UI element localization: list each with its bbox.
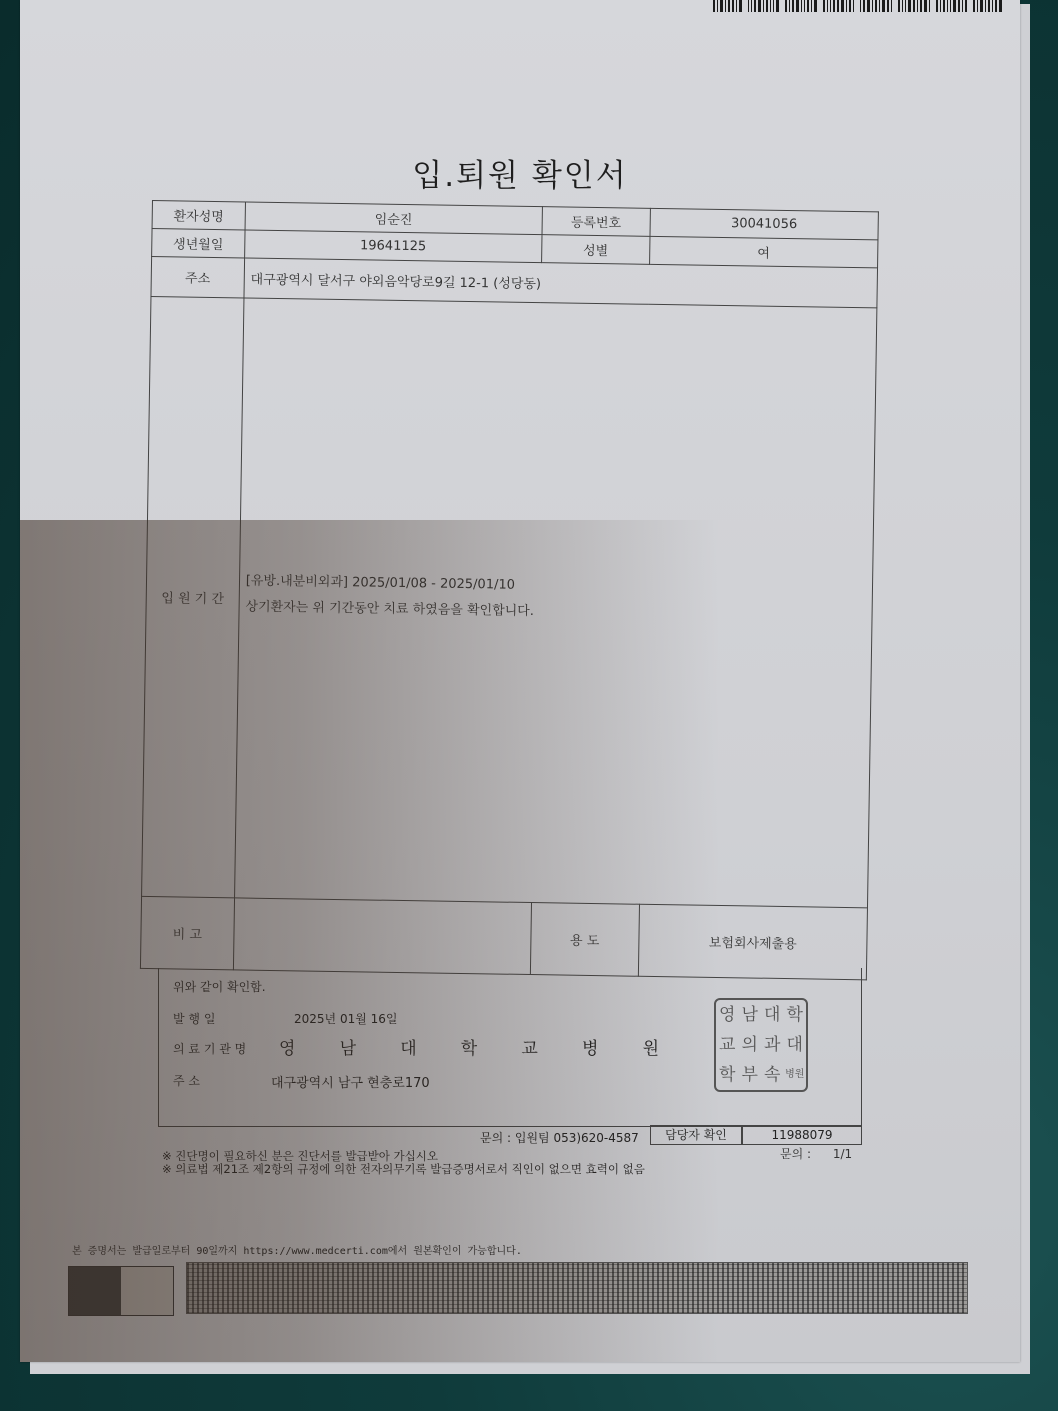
institution-address: 대구광역시 남구 현충로170 <box>271 1072 430 1091</box>
admission-period-cell: [유방.내분비외과] 2025/01/08 - 2025/01/10 상기환자는… <box>234 298 877 908</box>
remarks-value <box>233 898 531 975</box>
footnotes: ※ 진단명이 필요하신 분은 진단서를 발급받아 가십시오 ※ 의료법 제21조… <box>162 1150 645 1176</box>
staff-id: 11988079 <box>742 1125 862 1145</box>
institution-name-char: 영 <box>279 1034 295 1059</box>
seal-char: 과 <box>761 1037 784 1054</box>
institution-address-label: 주 소 <box>173 1072 200 1089</box>
remarks-label: 비 고 <box>140 896 234 969</box>
hospital-seal-stamp: 영남대학교의과대학부속병원 <box>714 998 808 1092</box>
footnote-2: ※ 의료법 제21조 제2항의 규정에 의한 전자의무기록 발급증명서로서 직인… <box>162 1163 645 1176</box>
issue-date: 2025년 01월 16일 <box>294 1010 397 1027</box>
patient-name-label: 환자성명 <box>152 201 245 230</box>
seal-char: 대 <box>761 1007 784 1024</box>
registration-number-label: 등록번호 <box>542 207 650 237</box>
confirm-text: 위와 같이 확인함. <box>173 978 266 995</box>
issuer-section: 위와 같이 확인함. 발 행 일 2025년 01월 16일 의 료 기 관 명… <box>158 968 862 1127</box>
page-count: 1/1 <box>833 1147 852 1161</box>
address-label: 주소 <box>151 257 244 298</box>
barcode-top <box>713 0 1002 14</box>
institution-name-char: 남 <box>340 1034 356 1059</box>
verification-marker <box>68 1266 174 1316</box>
institution-name-char: 대 <box>400 1034 416 1059</box>
purpose-label: 용 도 <box>530 903 639 977</box>
sex-value: 여 <box>649 236 878 268</box>
institution-name: 영남대학교병원 <box>279 1034 659 1059</box>
inquiry-phone: 문의 : 입원팀 053)620-4587 <box>480 1129 639 1146</box>
staff-confirm-label: 담당자 확인 <box>650 1125 742 1145</box>
institution-name-char: 교 <box>521 1034 537 1059</box>
admission-period-label: 입 원 기 간 <box>142 296 244 897</box>
seal-char: 병원 <box>784 1070 807 1080</box>
registration-number: 30041056 <box>650 208 879 240</box>
document-title: 입.퇴원 확인서 <box>20 150 1020 195</box>
certificate-page: 입.퇴원 확인서 환자성명 임순진 등록번호 30041056 생년월일 196… <box>20 0 1020 1362</box>
verification-note: 본 증명서는 발급일로부터 90일까지 https://www.medcerti… <box>72 1242 522 1257</box>
institution-label: 의 료 기 관 명 <box>173 1040 246 1057</box>
institution-name-char: 병 <box>582 1034 598 1059</box>
issue-date-label: 발 행 일 <box>173 1010 215 1027</box>
verification-2d-code <box>186 1262 968 1314</box>
birth-date-label: 생년월일 <box>152 229 245 258</box>
sex-label: 성별 <box>541 235 649 265</box>
seal-char: 학 <box>784 1007 807 1024</box>
inquiry-label: 문의 : <box>780 1147 811 1161</box>
contact-row: 문의 : 입원팀 053)620-4587 담당자 확인 11988079 <box>160 1127 860 1145</box>
institution-name-char: 학 <box>461 1034 477 1059</box>
seal-char: 의 <box>739 1037 762 1054</box>
patient-info-table: 환자성명 임순진 등록번호 30041056 생년월일 19641125 성별 … <box>140 200 879 980</box>
institution-name-char: 원 <box>643 1034 659 1059</box>
seal-char: 부 <box>739 1067 762 1084</box>
seal-char: 속 <box>761 1067 784 1084</box>
seal-char: 남 <box>739 1007 762 1024</box>
seal-char: 교 <box>716 1037 739 1054</box>
seal-char: 대 <box>784 1037 807 1054</box>
page-number: 문의 : 1/1 <box>780 1145 852 1162</box>
seal-char: 학 <box>716 1067 739 1084</box>
seal-char: 영 <box>716 1007 739 1024</box>
